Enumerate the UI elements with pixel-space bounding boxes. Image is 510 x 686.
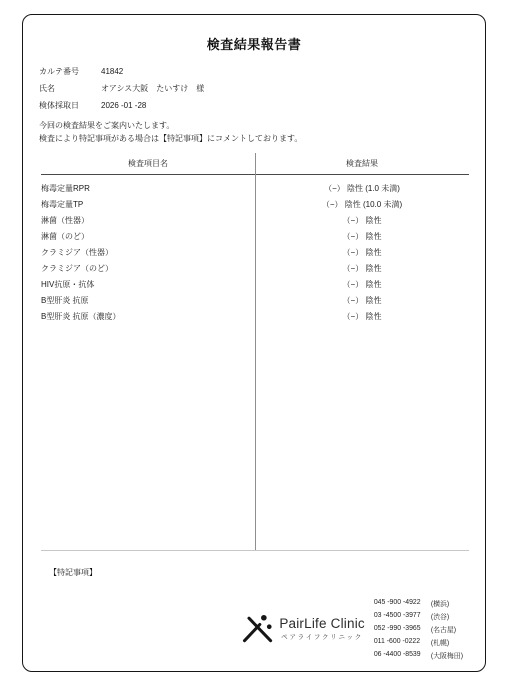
phone-row: 06 -4400 -8539 (大阪梅田): [374, 648, 463, 661]
phone-number: 011 -600 -0222: [374, 638, 431, 645]
phone-location: (名古屋): [431, 624, 456, 634]
phone-location: (渋谷): [431, 611, 449, 621]
chart-number-value: 41842: [101, 67, 123, 76]
results-table: 検査項目名 検査結果 梅毒定量RPR （−） 陰性 (1.0 未満) 梅毒定量T…: [41, 153, 469, 551]
phone-location: (横浜): [431, 598, 449, 608]
phone-list: 045 -900 -4922 (横浜) 03 -4500 -3977 (渋谷) …: [374, 596, 463, 661]
clinic-name-kana: ペアライフクリニック: [279, 632, 365, 641]
report-page: { "document": { "title": "検査結果報告書", "met…: [0, 0, 510, 686]
phone-row: 045 -900 -4922 (横浜): [374, 596, 463, 609]
clinic-footer: PairLife Clinic ペアライフクリニック 045 -900 -492…: [240, 596, 463, 661]
test-item: 淋菌（性器）: [41, 215, 255, 226]
clinic-name: PairLife Clinic: [279, 616, 365, 631]
phone-number: 052 -990 -3965: [374, 625, 431, 632]
report-card: 検査結果報告書 カルテ番号 41842 氏名 オアシス大阪 たいすけ 様 検体採…: [22, 14, 486, 672]
test-result: （−） 陰性: [255, 215, 469, 226]
test-item: B型肝炎 抗原: [41, 295, 255, 306]
intro-line-1: 今回の検査結果をご案内いたします。: [39, 119, 485, 132]
meta-row-chart-number: カルテ番号 41842: [39, 63, 485, 80]
test-item: 淋菌（のど）: [41, 231, 255, 242]
table-bottom-rule: [41, 550, 469, 551]
test-item: B型肝炎 抗原（濃度）: [41, 311, 255, 322]
test-result: （−） 陰性: [255, 279, 469, 290]
collection-date-label: 検体採取日: [39, 100, 101, 111]
column-divider: [255, 153, 256, 551]
test-result: （−） 陰性: [255, 311, 469, 322]
patient-name-label: 氏名: [39, 83, 101, 94]
phone-number: 045 -900 -4922: [374, 599, 431, 606]
test-item: クラミジア（のど）: [41, 263, 255, 274]
phone-number: 03 -4500 -3977: [374, 612, 431, 619]
phone-location: (大阪梅田): [431, 650, 463, 660]
test-item: 梅毒定量TP: [41, 199, 255, 210]
header-test-result: 検査結果: [255, 158, 469, 169]
test-result: （−） 陰性 (1.0 未満): [255, 183, 469, 194]
clinic-logo-text: PairLife Clinic ペアライフクリニック: [279, 616, 365, 641]
phone-row: 03 -4500 -3977 (渋谷): [374, 609, 463, 622]
patient-name-value: オアシス大阪 たいすけ 様: [101, 83, 204, 94]
chart-number-label: カルテ番号: [39, 66, 101, 77]
pairlife-logo-icon: [240, 610, 276, 648]
phone-row: 052 -990 -3965 (名古屋): [374, 622, 463, 635]
clinic-logo: PairLife Clinic ペアライフクリニック: [240, 610, 365, 648]
meta-row-collection-date: 検体採取日 2026 -01 -28: [39, 97, 485, 114]
test-item: クラミジア（性器）: [41, 247, 255, 258]
phone-row: 011 -600 -0222 (札幌): [374, 635, 463, 648]
test-result: （−） 陰性 (10.0 未満): [255, 199, 469, 210]
intro-line-2: 検査により特記事項がある場合は【特記事項】にコメントしております。: [39, 132, 485, 145]
phone-location: (札幌): [431, 637, 449, 647]
special-notes-label: 【特記事項】: [49, 567, 485, 578]
meta-row-patient-name: 氏名 オアシス大阪 たいすけ 様: [39, 80, 485, 97]
test-result: （−） 陰性: [255, 231, 469, 242]
header-test-item: 検査項目名: [41, 158, 255, 169]
collection-date-value: 2026 -01 -28: [101, 101, 146, 110]
intro-text: 今回の検査結果をご案内いたします。 検査により特記事項がある場合は【特記事項】に…: [39, 119, 485, 145]
patient-meta: カルテ番号 41842 氏名 オアシス大阪 たいすけ 様 検体採取日 2026 …: [39, 63, 485, 114]
test-result: （−） 陰性: [255, 263, 469, 274]
test-result: （−） 陰性: [255, 295, 469, 306]
test-item: HIV抗原・抗体: [41, 279, 255, 290]
test-item: 梅毒定量RPR: [41, 183, 255, 194]
page-title: 検査結果報告書: [23, 34, 485, 53]
test-result: （−） 陰性: [255, 247, 469, 258]
phone-number: 06 -4400 -8539: [374, 651, 431, 658]
